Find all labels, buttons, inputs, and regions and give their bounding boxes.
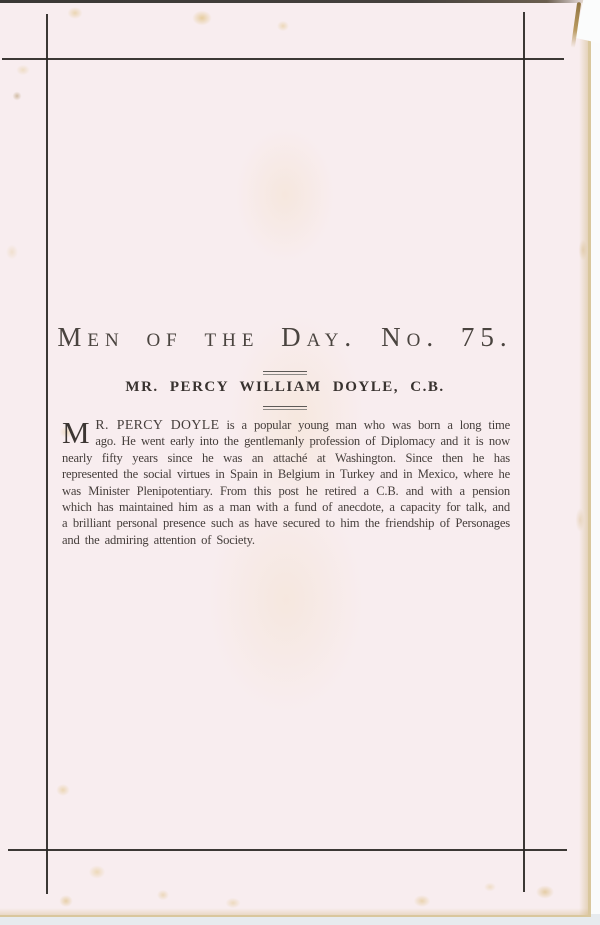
series-title-text: Men of the Day. (57, 322, 357, 352)
frame-line-left (46, 14, 48, 894)
series-number: No. 75. (381, 322, 512, 352)
scanned-page-sheet: Men of the Day.No. 75. MR. PERCY WILLIAM… (0, 0, 591, 917)
frame-line-right (523, 12, 525, 892)
lead-in-caps: R. PERCY DOYLE (95, 417, 219, 432)
scanner-top-edge-shadow (0, 0, 588, 3)
double-rule-lower (263, 406, 307, 410)
drop-cap: M (62, 417, 95, 447)
frame-line-bottom (8, 849, 567, 851)
subject-heading: MR. PERCY WILLIAM DOYLE, C.B. (46, 379, 524, 396)
frame-line-top (2, 58, 564, 60)
biography-paragraph: MR. PERCY DOYLE is a popular young man w… (62, 417, 510, 548)
series-title: Men of the Day.No. 75. (46, 321, 524, 353)
paragraph-text: is a popular young man who was born a lo… (62, 418, 510, 547)
double-rule-upper (263, 371, 307, 375)
